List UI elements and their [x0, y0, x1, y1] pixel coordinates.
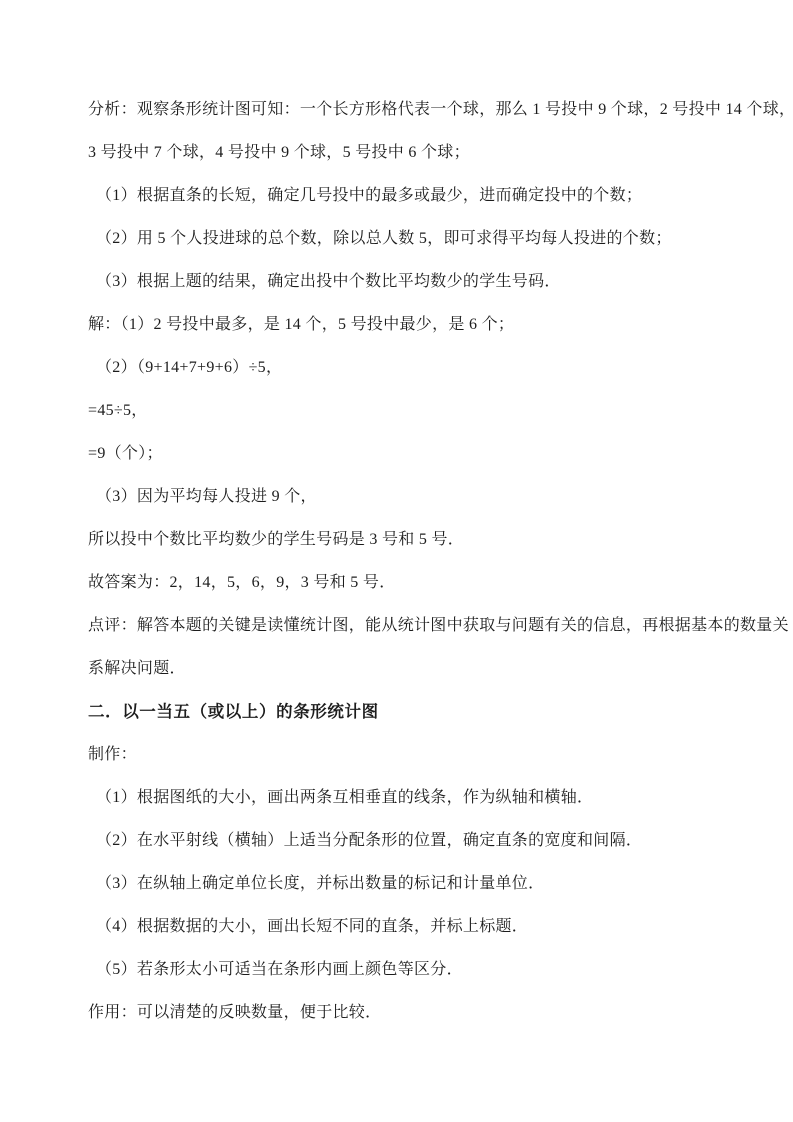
text-line: （3）因为平均每人投进 9 个，: [88, 488, 713, 506]
text-line: 系解决问题．: [88, 660, 713, 678]
text-line: （2）用 5 个人投进球的总个数，除以总人数 5，即可求得平均每人投进的个数；: [88, 230, 713, 248]
text-line: 分析：观察条形统计图可知：一个长方形格代表一个球，那么 1 号投中 9 个球，2…: [88, 101, 713, 119]
text-line: （1）根据直条的长短，确定几号投中的最多或最少，进而确定投中的个数；: [88, 187, 713, 205]
text-line: （2）（9+14+7+9+6）÷5，: [88, 359, 713, 377]
text-line: =9（个）；: [88, 445, 713, 463]
document-page: 分析：观察条形统计图可知：一个长方形格代表一个球，那么 1 号投中 9 个球，2…: [0, 0, 793, 1122]
text-line: （2）在水平射线（横轴）上适当分配条形的位置，确定直条的宽度和间隔．: [88, 832, 713, 850]
text-line: （1）根据图纸的大小，画出两条互相垂直的线条，作为纵轴和横轴．: [88, 789, 713, 807]
text-line: 所以投中个数比平均数少的学生号码是 3 号和 5 号．: [88, 531, 713, 549]
section-heading: 二．以一当五（或以上）的条形统计图: [88, 703, 713, 721]
text-line: （5）若条形太小可适当在条形内画上颜色等区分．: [88, 961, 713, 979]
text-line: 制作：: [88, 746, 713, 764]
text-line: 点评：解答本题的关键是读懂统计图，能从统计图中获取与问题有关的信息，再根据基本的…: [88, 617, 713, 635]
text-line: 解：（1）2 号投中最多，是 14 个，5 号投中最少，是 6 个；: [88, 316, 713, 334]
text-line: =45÷5，: [88, 402, 713, 420]
text-line: （4）根据数据的大小，画出长短不同的直条，并标上标题．: [88, 918, 713, 936]
text-line: （3）在纵轴上确定单位长度，并标出数量的标记和计量单位．: [88, 875, 713, 893]
text-line: （3）根据上题的结果，确定出投中个数比平均数少的学生号码．: [88, 273, 713, 291]
document-body: 分析：观察条形统计图可知：一个长方形格代表一个球，那么 1 号投中 9 个球，2…: [88, 101, 713, 1047]
text-line: 故答案为：2，14，5，6，9，3 号和 5 号．: [88, 574, 713, 592]
text-line: 3 号投中 7 个球，4 号投中 9 个球，5 号投中 6 个球；: [88, 144, 713, 162]
text-line: 作用：可以清楚的反映数量，便于比较．: [88, 1004, 713, 1022]
